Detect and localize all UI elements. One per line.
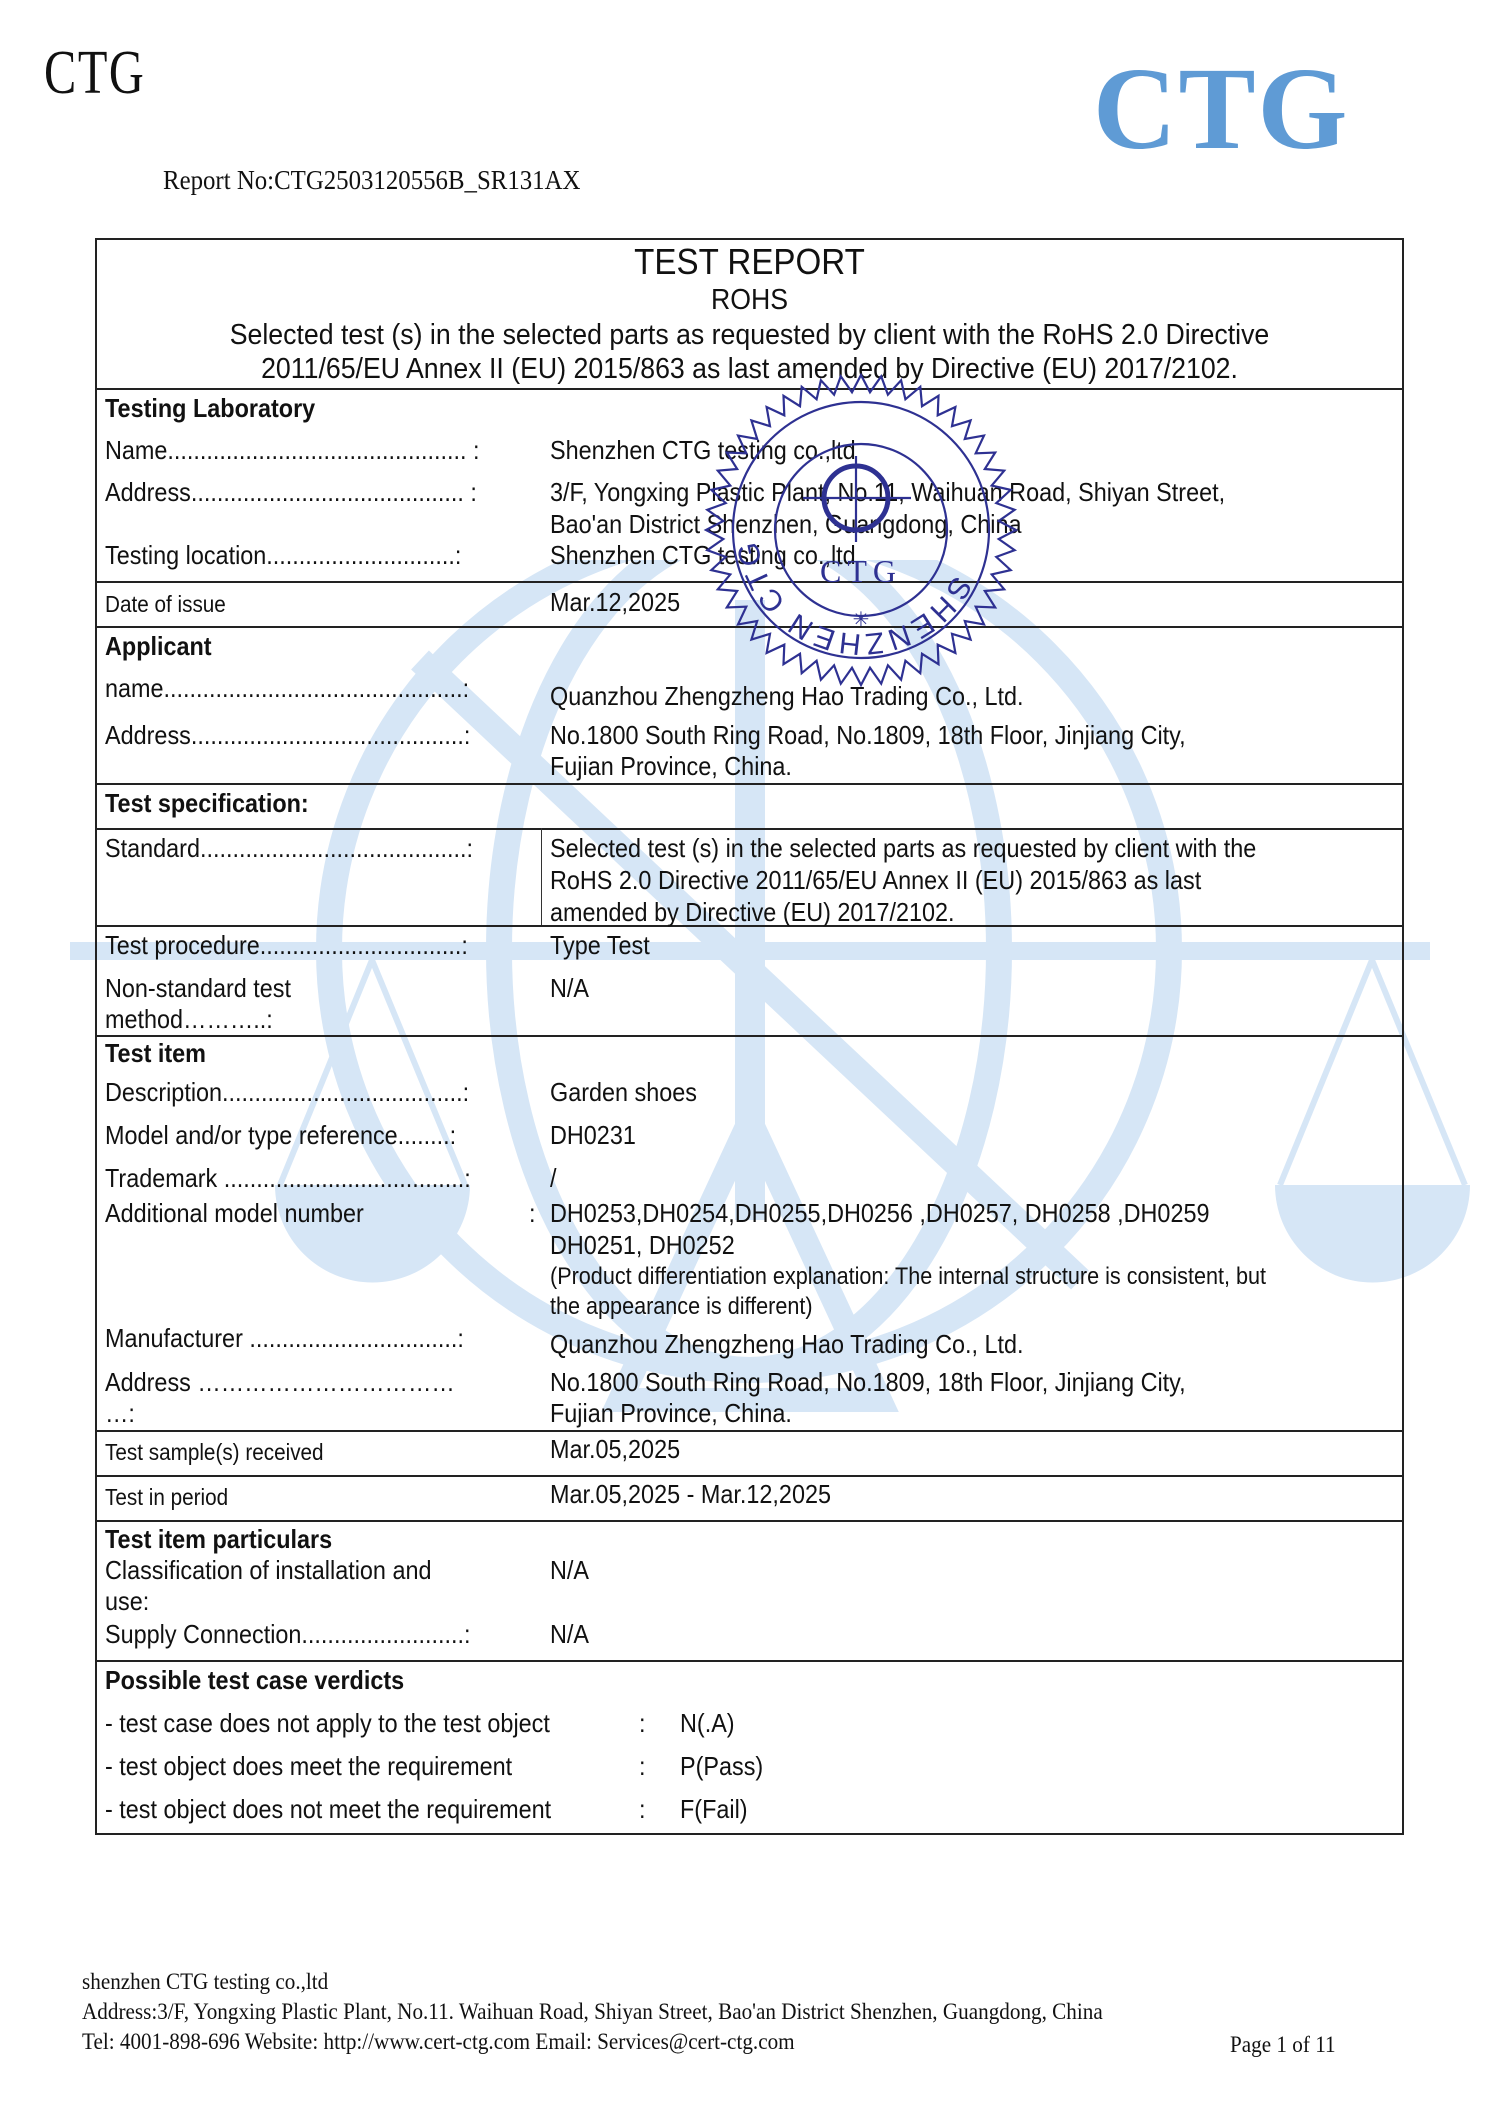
report-subtitle: ROHS (149, 284, 1350, 316)
testing-laboratory-heading: Testing Laboratory (105, 392, 315, 424)
footer-company: shenzhen CTG testing co.,ltd (82, 1967, 1103, 1997)
supply-connection-value: N/A (550, 1618, 589, 1650)
report-scope-line-2: 2011/65/EU Annex II (EU) 2015/863 as las… (149, 352, 1350, 386)
test-procedure-value: Type Test (550, 929, 650, 961)
footer-address: Address:3/F, Yongxing Plastic Plant, No.… (82, 1997, 1103, 2027)
nonstandard-method-label-line-2: method………..: (105, 1003, 273, 1035)
manufacturer-label: Manufacturer ...........................… (105, 1322, 464, 1354)
divider (97, 1430, 1402, 1432)
report-table: TEST REPORT ROHS Selected test (s) in th… (95, 238, 1404, 1835)
standard-value-line-2: RoHS 2.0 Directive 2011/65/EU Annex II (… (550, 864, 1201, 896)
sample-received-label: Test sample(s) received (105, 1436, 324, 1468)
divider (97, 783, 1402, 785)
lab-address-label: Address.................................… (105, 476, 477, 508)
additional-model-label: Additional model number (105, 1197, 364, 1229)
verdict-text: - test object does not meet the requirem… (105, 1793, 551, 1825)
verdict-code: F(Fail) (680, 1793, 748, 1825)
manufacturer-address-label-line-1: Address …………………………… (105, 1366, 455, 1398)
product-differentiation-note-line-1: (Product differentiation explanation: Th… (550, 1261, 1266, 1293)
divider (97, 828, 1402, 830)
description-value: Garden shoes (550, 1076, 697, 1108)
applicant-address-line-2: Fujian Province, China. (550, 750, 792, 782)
verdict-code: P(Pass) (680, 1750, 763, 1782)
page-footer: shenzhen CTG testing co.,ltd Address:3/F… (82, 1967, 1191, 2057)
applicant-name-value: Quanzhou Zhengzheng Hao Trading Co., Ltd… (550, 680, 1024, 712)
description-label: Description.............................… (105, 1076, 469, 1108)
test-specification-heading: Test specification: (105, 787, 309, 819)
divider (97, 581, 1402, 583)
report-number: Report No:CTG2503120556B_SR131AX (163, 165, 580, 196)
verdict-text: - test case does not apply to the test o… (105, 1707, 550, 1739)
manufacturer-address-label-line-2: …: (105, 1397, 135, 1429)
divider (97, 1520, 1402, 1522)
sample-received-value: Mar.05,2025 (550, 1433, 680, 1465)
column-divider (541, 828, 542, 925)
classification-label-line-2: use: (105, 1585, 149, 1617)
lab-address-line-2: Bao'an District Shenzhen, Guangdong, Chi… (550, 508, 1021, 540)
divider (97, 626, 1402, 628)
test-item-heading: Test item (105, 1037, 206, 1069)
verdict-colon: : (639, 1793, 646, 1825)
applicant-address-label: Address.................................… (105, 719, 470, 751)
date-of-issue-value: Mar.12,2025 (550, 586, 680, 618)
divider (97, 1475, 1402, 1477)
trademark-label: Trademark ..............................… (105, 1162, 471, 1194)
additional-model-line-2: DH0251, DH0252 (550, 1229, 735, 1261)
applicant-address-line-1: No.1800 South Ring Road, No.1809, 18th F… (550, 719, 1186, 751)
verdict-code: N(.A) (680, 1707, 735, 1739)
divider (97, 388, 1402, 390)
testing-location-value: Shenzhen CTG testing co.,ltd (550, 539, 856, 571)
applicant-heading: Applicant (105, 630, 212, 662)
lab-name-label: Name....................................… (105, 434, 479, 466)
footer-contact: Tel: 4001-898-696 Website: http://www.ce… (82, 2027, 1103, 2057)
standard-value-line-3: amended by Directive (EU) 2017/2102. (550, 896, 955, 928)
standard-label: Standard................................… (105, 832, 473, 864)
report-title: TEST REPORT (149, 242, 1350, 282)
verdict-colon: : (639, 1707, 646, 1739)
test-period-value: Mar.05,2025 - Mar.12,2025 (550, 1478, 831, 1510)
brand-logo: CTG (1093, 50, 1349, 168)
applicant-name-label: name....................................… (105, 672, 469, 704)
corner-logo-text: CTG (44, 38, 145, 109)
additional-model-line-1: DH0253,DH0254,DH0255,DH0256 ,DH0257, DH0… (550, 1197, 1209, 1229)
additional-model-colon: : (529, 1197, 536, 1229)
trademark-value: / (550, 1162, 557, 1194)
divider (97, 1035, 1402, 1037)
page-number: Page 1 of 11 (1230, 2032, 1336, 2058)
verdicts-heading: Possible test case verdicts (105, 1664, 404, 1696)
divider (97, 1660, 1402, 1662)
lab-address-line-1: 3/F, Yongxing Plastic Plant, No.11, Waih… (550, 476, 1225, 508)
model-reference-value: DH0231 (550, 1119, 636, 1151)
classification-value: N/A (550, 1554, 589, 1586)
manufacturer-address-line-1: No.1800 South Ring Road, No.1809, 18th F… (550, 1366, 1186, 1398)
classification-label-line-1: Classification of installation and (105, 1554, 431, 1586)
testing-location-label: Testing location........................… (105, 539, 461, 571)
product-differentiation-note-line-2: the appearance is different) (550, 1291, 813, 1323)
standard-value-line-1: Selected test (s) in the selected parts … (550, 832, 1256, 864)
nonstandard-method-value: N/A (550, 972, 589, 1004)
test-procedure-label: Test procedure..........................… (105, 929, 468, 961)
test-period-label: Test in period (105, 1481, 228, 1513)
manufacturer-value: Quanzhou Zhengzheng Hao Trading Co., Ltd… (550, 1328, 1024, 1360)
date-of-issue-label: Date of issue (105, 588, 226, 620)
nonstandard-method-label-line-1: Non-standard test (105, 972, 291, 1004)
test-item-particulars-heading: Test item particulars (105, 1523, 332, 1555)
lab-name-value: Shenzhen CTG testing co.,ltd (550, 434, 856, 466)
model-reference-label: Model and/or type reference........: (105, 1119, 456, 1151)
verdict-colon: : (639, 1750, 646, 1782)
report-scope-line-1: Selected test (s) in the selected parts … (149, 318, 1350, 352)
manufacturer-address-line-2: Fujian Province, China. (550, 1397, 792, 1429)
supply-connection-label: Supply Connection.......................… (105, 1618, 470, 1650)
verdict-text: - test object does meet the requirement (105, 1750, 512, 1782)
